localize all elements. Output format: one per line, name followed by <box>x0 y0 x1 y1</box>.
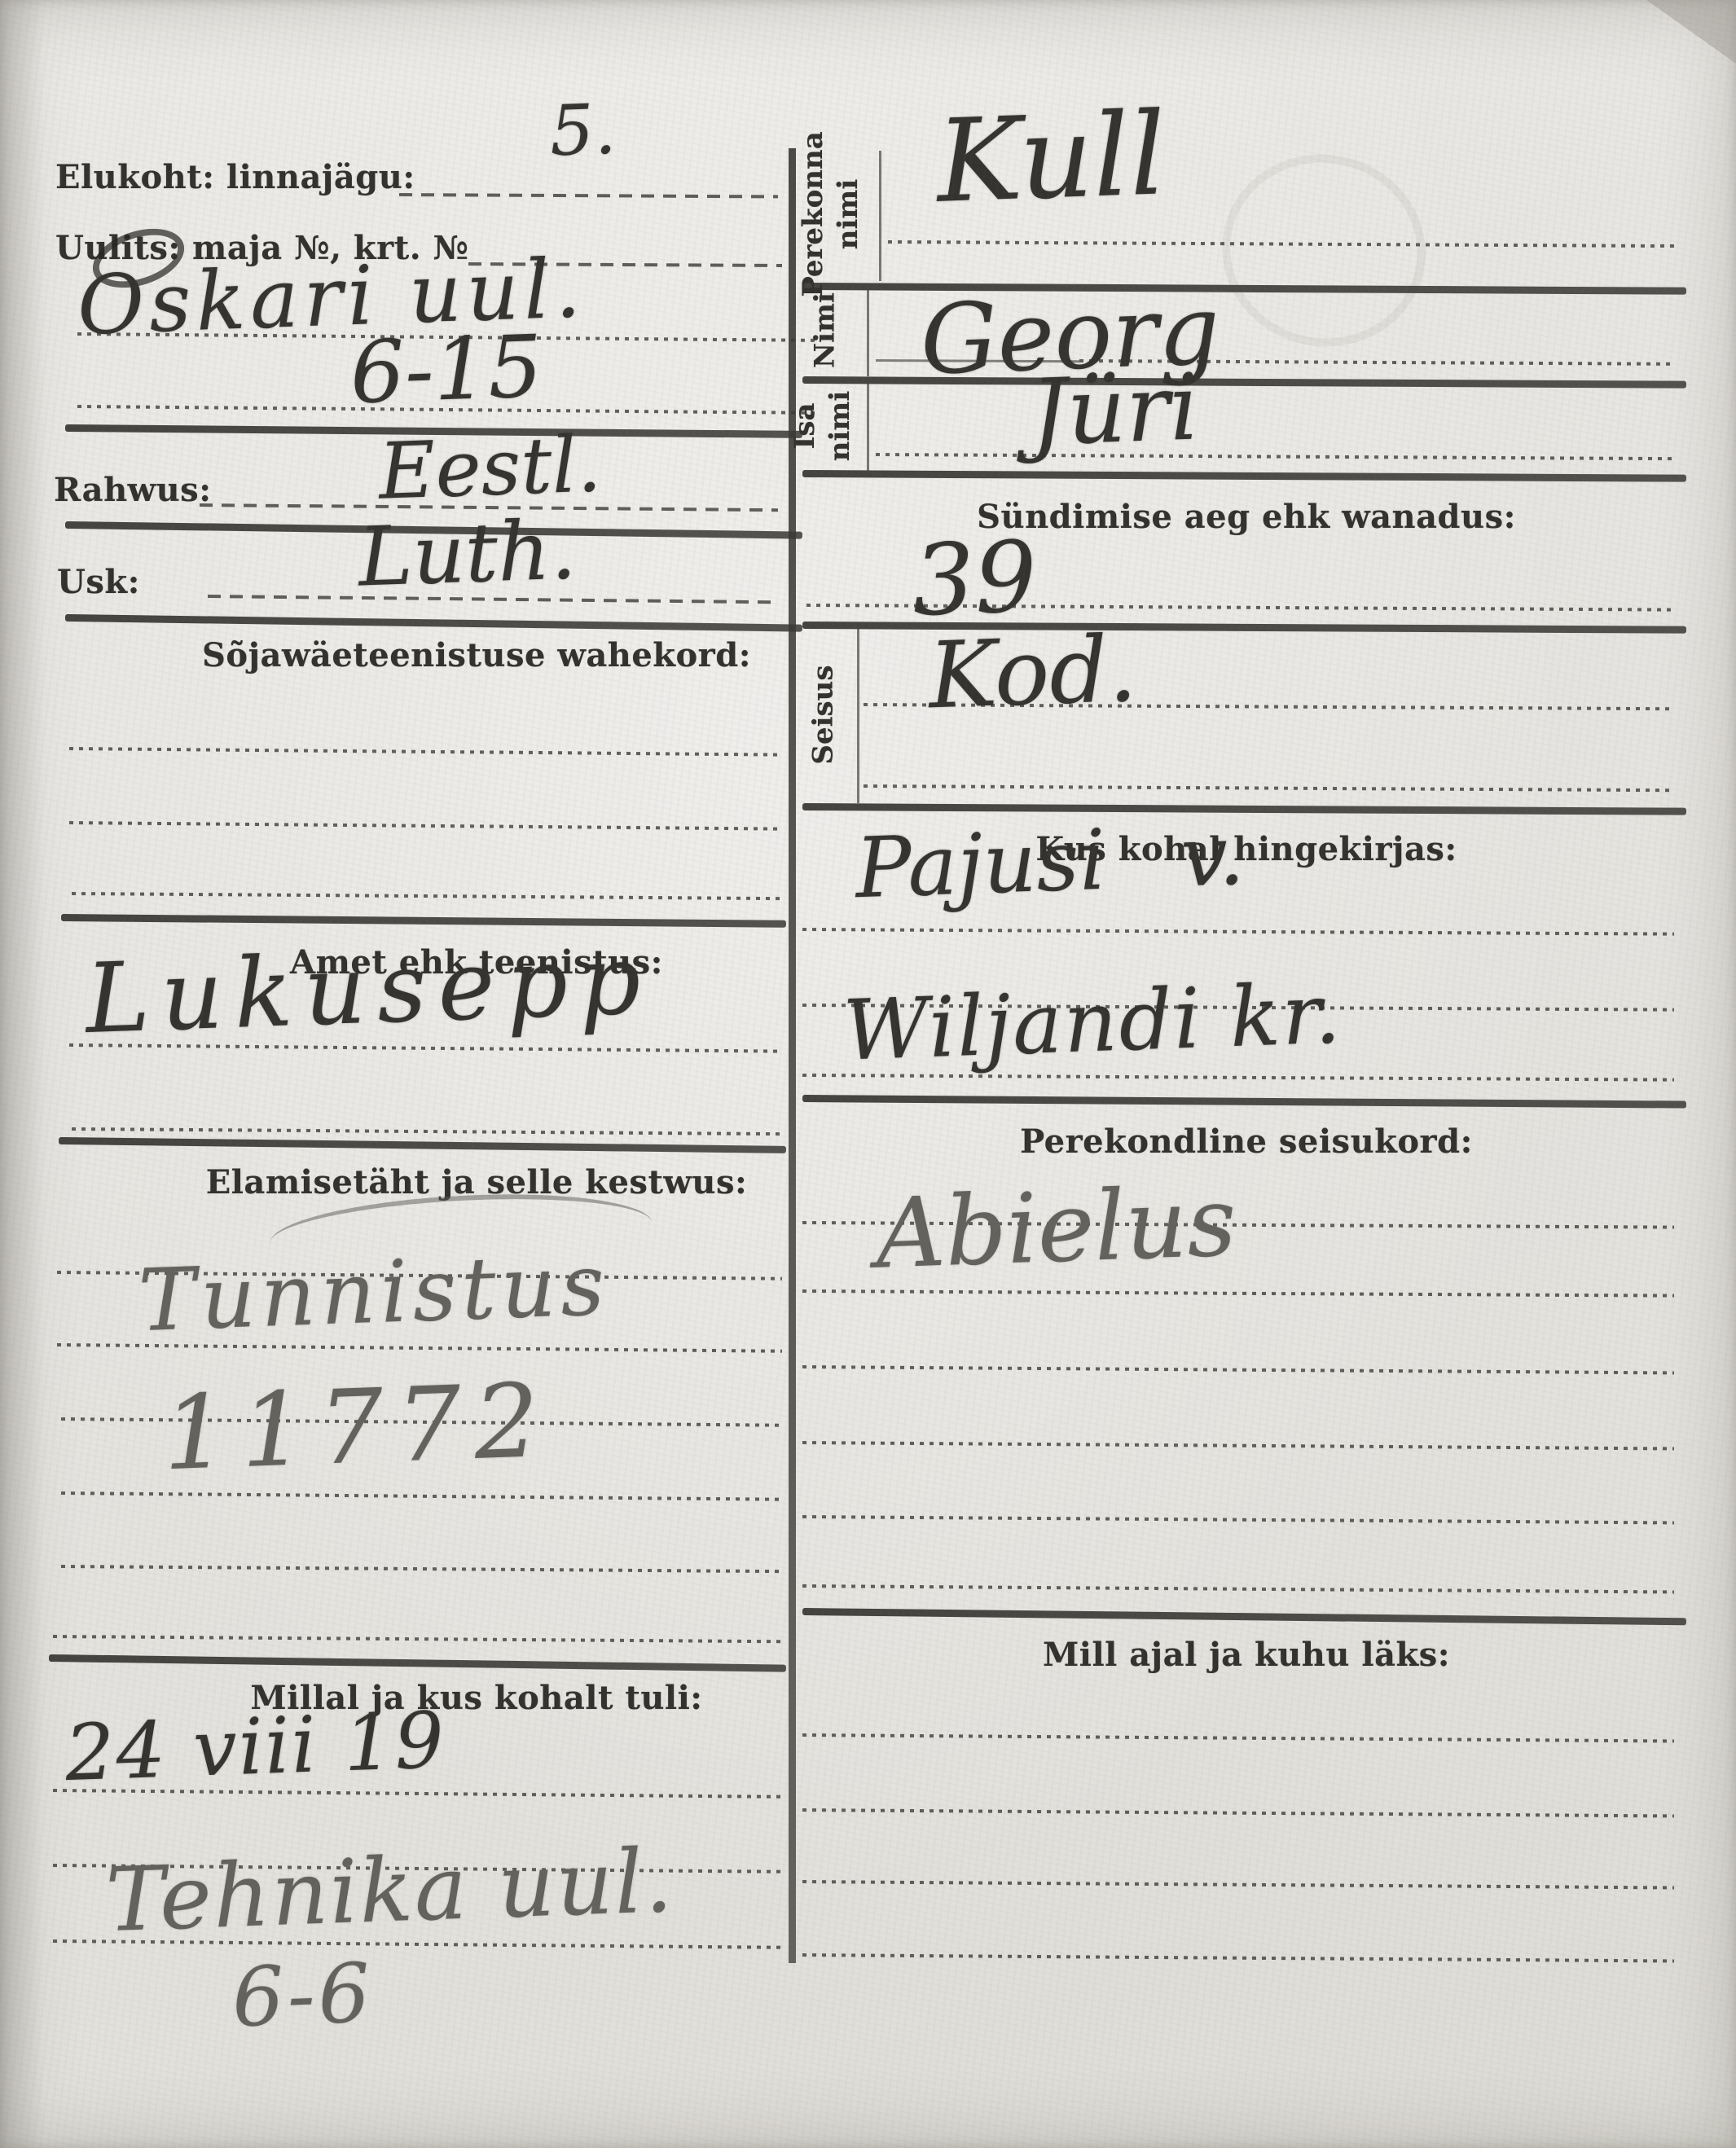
dotted-rule <box>69 821 782 831</box>
nationality-value-handwriting: Eestl. <box>377 426 602 511</box>
surname-label: Perekonna nimi <box>796 125 869 304</box>
scan-edge-shadow <box>0 0 45 2148</box>
registration-card: Elukoht: linnajägu: Uulits: maja №, krt.… <box>0 0 1736 2148</box>
departure-label: Mill ajal ja kuhu läks: <box>839 1636 1654 1674</box>
religion-value-handwriting: Luth. <box>357 509 578 598</box>
dotted-rule <box>864 784 1674 792</box>
registry-value1-handwriting: Pajusi v. <box>854 815 1246 911</box>
section-divider-line <box>802 803 1686 815</box>
dotted-rule <box>802 1808 1674 1817</box>
dotted-rule <box>802 1441 1674 1450</box>
father-name-value-handwriting: Jüri <box>1029 362 1200 459</box>
label-separator-line <box>857 626 859 803</box>
marital-label: Perekondline seisukord: <box>839 1123 1654 1161</box>
stain-ring <box>1204 136 1443 366</box>
section-divider-line <box>59 1137 786 1153</box>
first-name-label: Nimi <box>808 282 845 380</box>
status-value-handwriting: Kod. <box>927 624 1138 723</box>
section-divider-line <box>802 470 1686 482</box>
section-divider-line <box>65 614 802 632</box>
dotted-rule <box>69 747 782 757</box>
house-flat-value-handwriting: 6-15 <box>349 324 543 416</box>
dotted-rule <box>802 1880 1674 1889</box>
label-separator-line <box>867 381 869 471</box>
occupation-value-handwriting: Lukusepp <box>84 931 653 1047</box>
residence-label: Elukoht: linnajägu: <box>55 159 415 196</box>
father-name-label: Isa nimi <box>788 377 861 475</box>
dotted-rule <box>72 1127 782 1135</box>
dotted-rule <box>802 1289 1674 1298</box>
dotted-rule <box>802 1515 1674 1524</box>
permit-value2-handwriting: 11772 <box>161 1370 554 1486</box>
military-section-label: Sõjawäeteenistuse wahekord: <box>130 637 823 674</box>
dotted-rule <box>802 1584 1674 1593</box>
section-divider-line <box>802 1095 1686 1109</box>
dotted-rule <box>802 1953 1674 1962</box>
section-divider-line <box>61 914 786 928</box>
dashed-rule <box>399 193 778 198</box>
birth-value-handwriting: 39 <box>911 529 1039 630</box>
dotted-rule <box>53 1635 782 1643</box>
dotted-rule <box>802 1733 1674 1742</box>
registry-value2-handwriting: Wiljandi kr. <box>842 973 1343 1073</box>
section-divider-line <box>802 1608 1686 1625</box>
arrival-house-handwriting: 6-6 <box>231 1953 374 2039</box>
arrival-street-handwriting: Tehnika uul. <box>104 1838 675 1945</box>
religion-label: Usk: <box>57 564 140 601</box>
page-number-handwriting: 5. <box>549 95 617 167</box>
status-label: Seisus <box>806 630 843 801</box>
nationality-label: Rahwus: <box>54 472 211 509</box>
dotted-rule <box>61 1565 782 1573</box>
dotted-rule <box>802 1365 1674 1374</box>
marital-value-handwriting: Abielus <box>874 1173 1237 1281</box>
label-separator-line <box>879 151 881 281</box>
section-divider-line <box>49 1654 786 1672</box>
paper-fold-corner <box>1646 0 1736 64</box>
dotted-rule <box>876 453 1674 460</box>
dotted-rule <box>72 892 782 900</box>
arrival-date-handwriting: 24 viii 19 <box>64 1702 446 1793</box>
permit-value1-handwriting: Tunnistus <box>137 1242 610 1344</box>
dotted-rule <box>802 928 1674 936</box>
surname-value-handwriting: Kull <box>935 98 1168 220</box>
